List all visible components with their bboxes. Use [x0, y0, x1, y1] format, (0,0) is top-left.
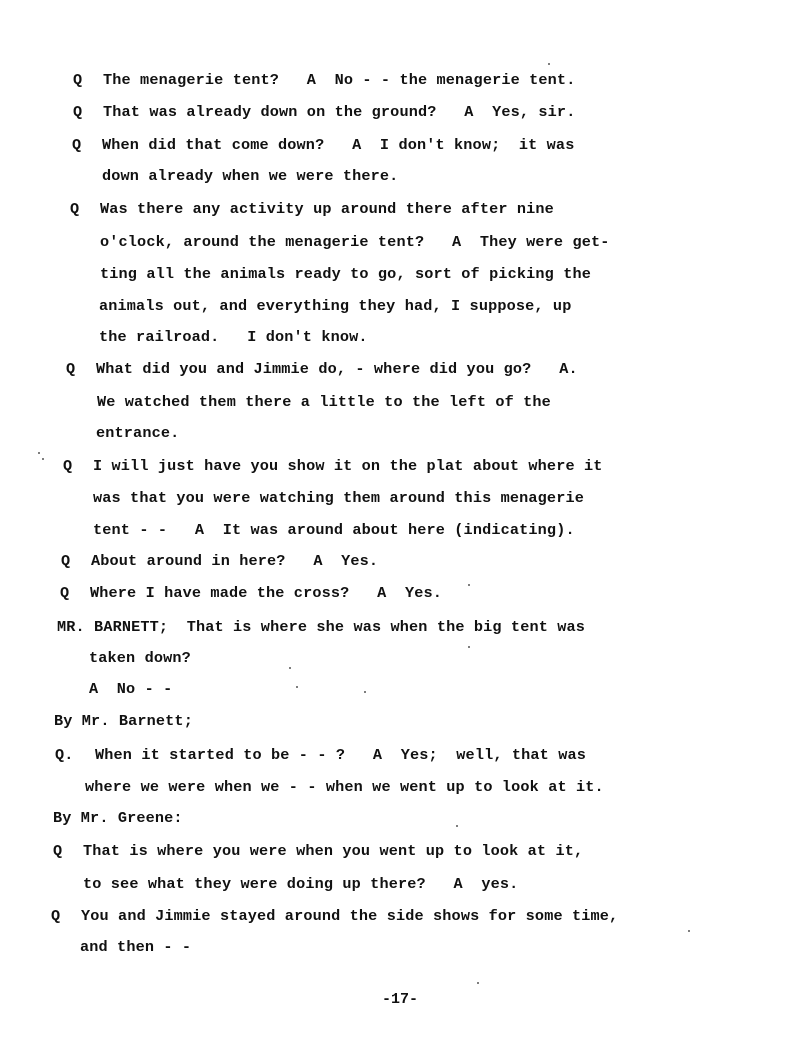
scan-speck: [296, 686, 298, 688]
scan-speck: [548, 63, 550, 65]
question-marker: Q: [61, 551, 91, 571]
line-text: That was already down on the ground? A Y…: [103, 103, 575, 121]
line-text: ting all the animals ready to go, sort o…: [100, 265, 591, 283]
line-text: tent - - A It was around about here (ind…: [93, 521, 575, 539]
line-text: the railroad. I don't know.: [99, 328, 368, 346]
transcript-line: was that you were watching them around t…: [93, 488, 584, 508]
transcript-line: QWhat did you and Jimmie do, - where did…: [66, 359, 578, 379]
question-marker: Q: [72, 135, 102, 155]
transcript-line: animals out, and everything they had, I …: [99, 296, 571, 316]
line-text: About around in here? A Yes.: [91, 552, 378, 570]
line-text: Where I have made the cross? A Yes.: [90, 584, 442, 602]
line-text: where we were when we - - when we went u…: [85, 778, 604, 796]
line-text: was that you were watching them around t…: [93, 489, 584, 507]
scan-speck: [688, 930, 690, 932]
page-number: -17-: [0, 991, 800, 1008]
scan-speck: [364, 691, 366, 693]
transcript-page: QThe menagerie tent? A No - - the menage…: [0, 0, 800, 1052]
question-marker: Q.: [55, 745, 95, 765]
transcript-line: entrance.: [96, 423, 179, 443]
line-text: down already when we were there.: [102, 167, 398, 185]
line-text: to see what they were doing up there? A …: [83, 875, 518, 893]
transcript-line: QThat is where you were when you went up…: [53, 841, 583, 861]
line-text: We watched them there a little to the le…: [97, 393, 551, 411]
line-text: I will just have you show it on the plat…: [93, 457, 603, 475]
transcript-line: ting all the animals ready to go, sort o…: [100, 264, 591, 284]
transcript-line: the railroad. I don't know.: [99, 327, 368, 347]
question-marker: Q: [70, 199, 100, 219]
transcript-line: tent - - A It was around about here (ind…: [93, 520, 575, 540]
scan-speck: [468, 584, 470, 586]
line-text: By Mr. Barnett;: [54, 712, 193, 730]
question-marker: Q: [51, 906, 81, 926]
scan-speck: [42, 458, 44, 460]
answer-line: A No - -: [89, 679, 172, 699]
line-text: taken down?: [89, 649, 191, 667]
question-marker: Q: [63, 456, 93, 476]
transcript-line: QYou and Jimmie stayed around the side s…: [51, 906, 618, 926]
line-text: entrance.: [96, 424, 179, 442]
question-marker: Q: [73, 102, 103, 122]
speaker-line: MR. BARNETT; That is where she was when …: [57, 617, 585, 637]
line-text: You and Jimmie stayed around the side sh…: [81, 907, 618, 925]
question-marker: Q: [60, 583, 90, 603]
transcript-line: Q.When it started to be - - ? A Yes; wel…: [55, 745, 586, 765]
examiner-heading: By Mr. Barnett;: [54, 711, 193, 731]
line-text: What did you and Jimmie do, - where did …: [96, 360, 578, 378]
transcript-line: QThat was already down on the ground? A …: [73, 102, 575, 122]
line-text: That is where you were when you went up …: [83, 842, 583, 860]
line-text: When it started to be - - ? A Yes; well,…: [95, 746, 586, 764]
line-text: A No - -: [89, 680, 172, 698]
transcript-line: QAbout around in here? A Yes.: [61, 551, 378, 571]
transcript-line: QThe menagerie tent? A No - - the menage…: [73, 70, 575, 90]
question-marker: Q: [73, 70, 103, 90]
transcript-line: down already when we were there.: [102, 166, 398, 186]
transcript-line: QWhere I have made the cross? A Yes.: [60, 583, 442, 603]
examiner-heading: By Mr. Greene:: [53, 808, 183, 828]
transcript-line: QWhen did that come down? A I don't know…: [72, 135, 574, 155]
transcript-line: and then - -: [80, 937, 191, 957]
scan-speck: [468, 646, 470, 648]
transcript-line: We watched them there a little to the le…: [97, 392, 551, 412]
scan-speck: [289, 667, 291, 669]
line-text: MR. BARNETT; That is where she was when …: [57, 618, 585, 636]
transcript-line: where we were when we - - when we went u…: [85, 777, 604, 797]
scan-speck: [477, 982, 479, 984]
transcript-line: o'clock, around the menagerie tent? A Th…: [100, 232, 610, 252]
line-text: animals out, and everything they had, I …: [99, 297, 571, 315]
question-marker: Q: [53, 841, 83, 861]
scan-speck: [38, 452, 40, 454]
line-text: When did that come down? A I don't know;…: [102, 136, 574, 154]
line-text: o'clock, around the menagerie tent? A Th…: [100, 233, 610, 251]
line-text: By Mr. Greene:: [53, 809, 183, 827]
transcript-line: QWas there any activity up around there …: [70, 199, 554, 219]
transcript-line: taken down?: [89, 648, 191, 668]
transcript-line: QI will just have you show it on the pla…: [63, 456, 603, 476]
question-marker: Q: [66, 359, 96, 379]
transcript-line: to see what they were doing up there? A …: [83, 874, 518, 894]
line-text: and then - -: [80, 938, 191, 956]
line-text: Was there any activity up around there a…: [100, 200, 554, 218]
scan-speck: [456, 825, 458, 827]
line-text: The menagerie tent? A No - - the menager…: [103, 71, 575, 89]
